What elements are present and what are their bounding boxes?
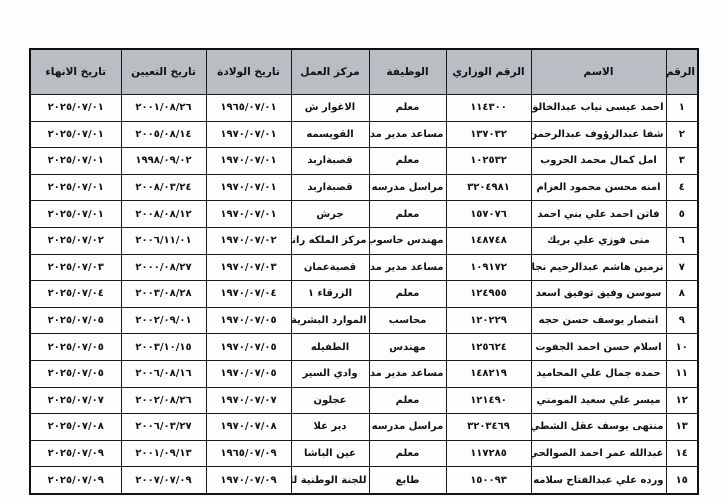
cell-index: ٨ bbox=[666, 281, 698, 308]
cell-end-date: ٢٠٢٥/٠٧/٠٥ bbox=[30, 360, 121, 387]
cell-job: مساعد مدير مدرسه bbox=[369, 254, 446, 281]
cell-work-center: قصبةعمان bbox=[291, 254, 369, 281]
cell-job: مراسل مدرسه bbox=[369, 414, 446, 441]
cell-index: ٦ bbox=[666, 227, 698, 254]
table-row: ١٣منتهى يوسف عقل الشطي٣٢٠٣٤٦٩مراسل مدرسه… bbox=[30, 414, 698, 441]
cell-ministry-no: ١٥٧٠٧٦ bbox=[446, 201, 531, 228]
cell-end-date: ٢٠٢٥/٠٧/٠٧ bbox=[30, 387, 121, 414]
cell-birth-date: ١٩٧٠/٠٧/٠١ bbox=[206, 148, 291, 175]
cell-ministry-no: ١١٤٣٠٠ bbox=[446, 95, 531, 122]
cell-name: منى فوزي علي بريك bbox=[531, 227, 666, 254]
header-birth-date: تاريخ الولادة bbox=[206, 49, 291, 95]
cell-end-date: ٢٠٢٥/٠٧/٠٢ bbox=[30, 227, 121, 254]
cell-work-center: للجنة الوطنية للتربية bbox=[291, 467, 369, 494]
cell-hire-date: ٢٠٠١/٠٩/١٣ bbox=[121, 440, 206, 467]
cell-name: شفا عبدالرؤوف عبدالرحمن عبدالله bbox=[531, 121, 666, 148]
cell-birth-date: ١٩٧٠/٠٧/٠٣ bbox=[206, 254, 291, 281]
cell-end-date: ٢٠٢٥/٠٧/٠٩ bbox=[30, 440, 121, 467]
cell-name: ميسر علي سعيد المومني bbox=[531, 387, 666, 414]
cell-work-center: عجلون bbox=[291, 387, 369, 414]
cell-end-date: ٢٠٢٥/٠٧/٠١ bbox=[30, 95, 121, 122]
cell-name: حمده جمال علي المحاميد bbox=[531, 360, 666, 387]
cell-birth-date: ١٩٧٠/٠٧/٠١ bbox=[206, 201, 291, 228]
cell-ministry-no: ٣٢٠٣٤٦٩ bbox=[446, 414, 531, 441]
cell-birth-date: ١٩٧٠/٠٧/٠٧ bbox=[206, 387, 291, 414]
header-ministry-no: الرقم الوزاري bbox=[446, 49, 531, 95]
cell-work-center: مركز الملكه رانيا bbox=[291, 227, 369, 254]
cell-work-center: دير علا bbox=[291, 414, 369, 441]
cell-index: ١١ bbox=[666, 360, 698, 387]
cell-job: مساعد مدير مدرسه bbox=[369, 121, 446, 148]
cell-ministry-no: ١٣٧٠٣٢ bbox=[446, 121, 531, 148]
table-row: ٩انتصار يوسف حسن حجه١٢٠٢٢٩محاسبالموارد ا… bbox=[30, 307, 698, 334]
cell-birth-date: ١٩٧٠/٠٧/٠٥ bbox=[206, 360, 291, 387]
cell-index: ١٥ bbox=[666, 467, 698, 494]
cell-work-center: وادي السير bbox=[291, 360, 369, 387]
table-row: ٢شفا عبدالرؤوف عبدالرحمن عبدالله١٣٧٠٣٢مس… bbox=[30, 121, 698, 148]
table-row: ١٥ورده علي عبدالفتاح سلامه١٥٠٠٩٣طابعللجن… bbox=[30, 467, 698, 494]
cell-name: سوسن وفيق توفيق اسعد bbox=[531, 281, 666, 308]
cell-birth-date: ١٩٧٠/٠٧/٠٢ bbox=[206, 227, 291, 254]
cell-hire-date: ١٩٩٨/٠٩/٠٢ bbox=[121, 148, 206, 175]
table-row: ١٢ميسر علي سعيد المومني١٢١٤٩٠معلمعجلون١٩… bbox=[30, 387, 698, 414]
cell-index: ٢ bbox=[666, 121, 698, 148]
cell-name: نرمين هاشم عبدالرحيم نجار bbox=[531, 254, 666, 281]
cell-job: معلم bbox=[369, 387, 446, 414]
cell-name: اسلام حسن احمد الجفوت bbox=[531, 334, 666, 361]
cell-hire-date: ٢٠٠٧/٠٧/٠٩ bbox=[121, 467, 206, 494]
cell-hire-date: ٢٠٠٠/٠٨/٢٧ bbox=[121, 254, 206, 281]
cell-work-center: الطفيله bbox=[291, 334, 369, 361]
header-job: الوظيفة bbox=[369, 49, 446, 95]
cell-job: طابع bbox=[369, 467, 446, 494]
cell-job: محاسب bbox=[369, 307, 446, 334]
cell-end-date: ٢٠٢٥/٠٧/٠١ bbox=[30, 148, 121, 175]
cell-index: ١٢ bbox=[666, 387, 698, 414]
cell-end-date: ٢٠٢٥/٠٧/٠١ bbox=[30, 201, 121, 228]
cell-ministry-no: ٣٢٠٤٩٨١ bbox=[446, 174, 531, 201]
cell-index: ١٤ bbox=[666, 440, 698, 467]
cell-hire-date: ٢٠٠١/٠٨/٢٦ bbox=[121, 95, 206, 122]
cell-birth-date: ١٩٧٠/٠٧/٠١ bbox=[206, 174, 291, 201]
employee-retirement-table: الرقم الاسم الرقم الوزاري الوظيفة مركز ا… bbox=[29, 48, 699, 495]
cell-birth-date: ١٩٧٠/٠٧/٠٥ bbox=[206, 334, 291, 361]
cell-job: معلم bbox=[369, 201, 446, 228]
cell-job: مساعد مدير مدرسه bbox=[369, 360, 446, 387]
cell-index: ٩ bbox=[666, 307, 698, 334]
cell-name: احمد عيسى نياب عبدالخالق bbox=[531, 95, 666, 122]
cell-job: مراسل مدرسه bbox=[369, 174, 446, 201]
cell-job: معلم bbox=[369, 148, 446, 175]
cell-work-center: القويسمه bbox=[291, 121, 369, 148]
cell-ministry-no: ١٤٨٢١٩ bbox=[446, 360, 531, 387]
header-work-center: مركز العمل bbox=[291, 49, 369, 95]
cell-name: انتصار يوسف حسن حجه bbox=[531, 307, 666, 334]
cell-index: ١٠ bbox=[666, 334, 698, 361]
cell-hire-date: ٢٠٠٢/٠٨/٢٦ bbox=[121, 387, 206, 414]
cell-ministry-no: ١٢٤٩٥٥ bbox=[446, 281, 531, 308]
cell-work-center: قصبةاربد bbox=[291, 174, 369, 201]
cell-ministry-no: ١٢١٤٩٠ bbox=[446, 387, 531, 414]
table-row: ٣امل كمال محمد الحروب١٠٢٥٣٢معلمقصبةاربد١… bbox=[30, 148, 698, 175]
cell-index: ١٣ bbox=[666, 414, 698, 441]
cell-index: ٤ bbox=[666, 174, 698, 201]
cell-index: ٧ bbox=[666, 254, 698, 281]
table-row: ٤امنه محسن محمود العزام٣٢٠٤٩٨١مراسل مدرس… bbox=[30, 174, 698, 201]
document-page: الرقم الاسم الرقم الوزاري الوظيفة مركز ا… bbox=[0, 0, 726, 501]
cell-ministry-no: ١٢٥٦٢٤ bbox=[446, 334, 531, 361]
cell-index: ١ bbox=[666, 95, 698, 122]
cell-end-date: ٢٠٢٥/٠٧/٠٨ bbox=[30, 414, 121, 441]
cell-work-center: عين الباشا bbox=[291, 440, 369, 467]
cell-work-center: الزرقاء ١ bbox=[291, 281, 369, 308]
cell-job: مهندس bbox=[369, 334, 446, 361]
cell-end-date: ٢٠٢٥/٠٧/٠٥ bbox=[30, 334, 121, 361]
header-hire-date: تاريخ التعيين bbox=[121, 49, 206, 95]
cell-hire-date: ٢٠٠٦/٠٣/٢٧ bbox=[121, 414, 206, 441]
cell-index: ٣ bbox=[666, 148, 698, 175]
cell-hire-date: ٢٠٠٣/١٠/١٥ bbox=[121, 334, 206, 361]
table-row: ١٤عبدالله عمر احمد الصوالحي١١٧٢٨٥معلمعين… bbox=[30, 440, 698, 467]
cell-ministry-no: ١٢٠٢٢٩ bbox=[446, 307, 531, 334]
cell-name: فاتن احمد علي بني احمد bbox=[531, 201, 666, 228]
cell-hire-date: ٢٠٠٦/٠٨/١٦ bbox=[121, 360, 206, 387]
cell-ministry-no: ١٠٩١٧٢ bbox=[446, 254, 531, 281]
cell-ministry-no: ١٤٨٧٤٨ bbox=[446, 227, 531, 254]
header-end-date: تاريخ الانهاء bbox=[30, 49, 121, 95]
table-row: ٥فاتن احمد علي بني احمد١٥٧٠٧٦معلمجرش١٩٧٠… bbox=[30, 201, 698, 228]
cell-name: عبدالله عمر احمد الصوالحي bbox=[531, 440, 666, 467]
table-header-row: الرقم الاسم الرقم الوزاري الوظيفة مركز ا… bbox=[30, 49, 698, 95]
cell-hire-date: ٢٠٠٥/٠٨/١٤ bbox=[121, 121, 206, 148]
cell-job: معلم bbox=[369, 95, 446, 122]
cell-name: امل كمال محمد الحروب bbox=[531, 148, 666, 175]
header-name: الاسم bbox=[531, 49, 666, 95]
cell-job: معلم bbox=[369, 281, 446, 308]
table-row: ١٠اسلام حسن احمد الجفوت١٢٥٦٢٤مهندسالطفيل… bbox=[30, 334, 698, 361]
cell-name: منتهى يوسف عقل الشطي bbox=[531, 414, 666, 441]
cell-hire-date: ٢٠٠٨/٠٣/٢٤ bbox=[121, 174, 206, 201]
cell-end-date: ٢٠٢٥/٠٧/٠١ bbox=[30, 121, 121, 148]
cell-birth-date: ١٩٦٥/٠٧/٠١ bbox=[206, 95, 291, 122]
cell-hire-date: ٢٠٠٦/١١/٠١ bbox=[121, 227, 206, 254]
cell-work-center: جرش bbox=[291, 201, 369, 228]
cell-job: معلم bbox=[369, 440, 446, 467]
cell-birth-date: ١٩٧٠/٠٧/٠٩ bbox=[206, 467, 291, 494]
cell-name: امنه محسن محمود العزام bbox=[531, 174, 666, 201]
header-index: الرقم bbox=[666, 49, 698, 95]
cell-birth-date: ١٩٧٠/٠٧/٠٨ bbox=[206, 414, 291, 441]
cell-birth-date: ١٩٧٠/٠٧/٠٤ bbox=[206, 281, 291, 308]
table-body: ١احمد عيسى نياب عبدالخالق١١٤٣٠٠معلمالاغو… bbox=[30, 95, 698, 494]
table-row: ٦منى فوزي علي بريك١٤٨٧٤٨مهندس حاسوبمركز … bbox=[30, 227, 698, 254]
table-row: ٨سوسن وفيق توفيق اسعد١٢٤٩٥٥معلمالزرقاء ١… bbox=[30, 281, 698, 308]
cell-work-center: الاغوار ش bbox=[291, 95, 369, 122]
cell-end-date: ٢٠٢٥/٠٧/٠٥ bbox=[30, 307, 121, 334]
cell-end-date: ٢٠٢٥/٠٧/٠٤ bbox=[30, 281, 121, 308]
cell-index: ٥ bbox=[666, 201, 698, 228]
cell-hire-date: ٢٠٠٢/٠٩/٠١ bbox=[121, 307, 206, 334]
cell-ministry-no: ١٠٢٥٣٢ bbox=[446, 148, 531, 175]
cell-hire-date: ٢٠٠٣/٠٨/٢٨ bbox=[121, 281, 206, 308]
table-row: ١احمد عيسى نياب عبدالخالق١١٤٣٠٠معلمالاغو… bbox=[30, 95, 698, 122]
cell-work-center: قصبةاربد bbox=[291, 148, 369, 175]
cell-hire-date: ٢٠٠٨/٠٨/١٢ bbox=[121, 201, 206, 228]
table-row: ١١حمده جمال علي المحاميد١٤٨٢١٩مساعد مدير… bbox=[30, 360, 698, 387]
cell-end-date: ٢٠٢٥/٠٧/٠١ bbox=[30, 174, 121, 201]
cell-end-date: ٢٠٢٥/٠٧/٠٣ bbox=[30, 254, 121, 281]
cell-work-center: الموارد البشرية bbox=[291, 307, 369, 334]
cell-job: مهندس حاسوب bbox=[369, 227, 446, 254]
cell-birth-date: ١٩٧٠/٠٧/٠٥ bbox=[206, 307, 291, 334]
cell-birth-date: ١٩٦٥/٠٧/٠٩ bbox=[206, 440, 291, 467]
cell-end-date: ٢٠٢٥/٠٧/٠٩ bbox=[30, 467, 121, 494]
cell-ministry-no: ١١٧٢٨٥ bbox=[446, 440, 531, 467]
table-row: ٧نرمين هاشم عبدالرحيم نجار١٠٩١٧٢مساعد مد… bbox=[30, 254, 698, 281]
cell-birth-date: ١٩٧٠/٠٧/٠١ bbox=[206, 121, 291, 148]
cell-ministry-no: ١٥٠٠٩٣ bbox=[446, 467, 531, 494]
cell-name: ورده علي عبدالفتاح سلامه bbox=[531, 467, 666, 494]
